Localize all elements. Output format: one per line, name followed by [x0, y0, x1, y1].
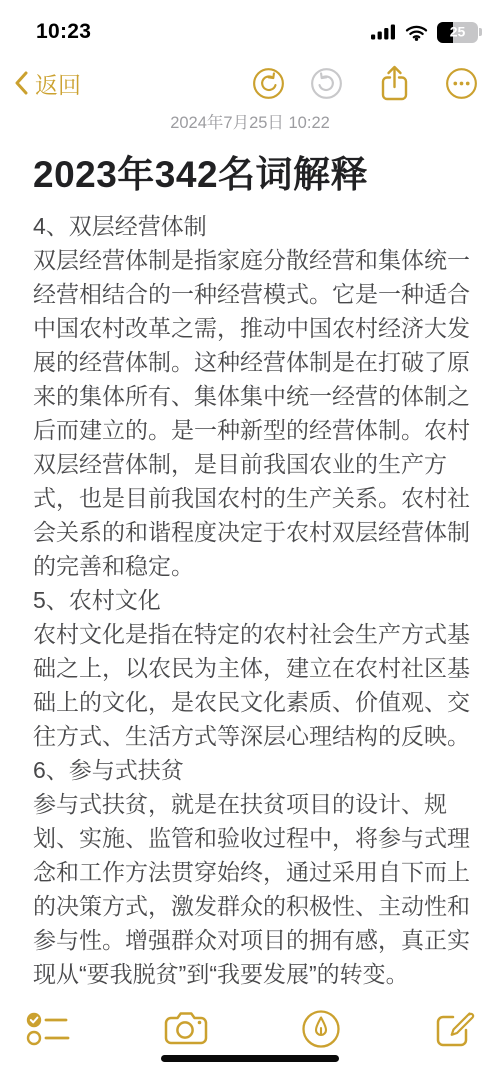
- section-heading[interactable]: 6、参与式扶贫: [33, 753, 470, 787]
- checklist-icon[interactable]: [25, 1009, 71, 1049]
- note-title[interactable]: 2023年342名词解释: [33, 144, 468, 198]
- markup-icon[interactable]: [300, 1008, 342, 1050]
- section-body[interactable]: 参与式扶贫，就是在扶贫项目的设计、规划、实施、监管和验收过程中，将参与式理念和工…: [33, 787, 470, 991]
- note-section: 4、双层经营体制 双层经营体制是指家庭分散经营和集体统一经营相结合的一种经营模式…: [33, 209, 470, 583]
- compose-icon[interactable]: [433, 1008, 475, 1050]
- section-heading[interactable]: 5、农村文化: [33, 583, 470, 617]
- note-editor[interactable]: 4、双层经营体制 双层经营体制是指家庭分散经营和集体统一经营相结合的一种经营模式…: [33, 209, 470, 991]
- section-body[interactable]: 农村文化是指在特定的农村社会生产方式基础之上，以农民为主体，建立在农村社区基础上…: [33, 617, 470, 753]
- section-body[interactable]: 双层经营体制是指家庭分散经营和集体统一经营相结合的一种经营模式。它是一种适合中国…: [33, 243, 470, 583]
- battery-nub: [479, 28, 482, 36]
- redo-icon: [310, 67, 343, 100]
- battery-percent: 25: [437, 24, 478, 40]
- status-time: 10:23: [36, 20, 91, 44]
- note-date: 2024年7月25日 10:22: [0, 109, 500, 133]
- section-heading[interactable]: 4、双层经营体制: [33, 209, 470, 243]
- status-icons: 25: [371, 22, 478, 43]
- nav-bar: 返回: [0, 58, 500, 108]
- note-section: 6、参与式扶贫 参与式扶贫，就是在扶贫项目的设计、规划、实施、监管和验收过程中，…: [33, 753, 470, 991]
- note-section: 5、农村文化 农村文化是指在特定的农村社会生产方式基础之上，以农民为主体，建立在…: [33, 583, 470, 753]
- battery-icon: 25: [437, 22, 478, 43]
- back-button[interactable]: 返回: [14, 67, 81, 100]
- bottom-toolbar: [0, 1008, 500, 1050]
- back-button-label: 返回: [35, 67, 81, 100]
- more-icon[interactable]: [445, 67, 478, 100]
- camera-icon[interactable]: [162, 1010, 209, 1048]
- home-indicator[interactable]: [161, 1055, 339, 1062]
- wifi-icon: [405, 24, 428, 41]
- status-bar: 10:23 25: [0, 0, 500, 50]
- share-icon[interactable]: [379, 64, 410, 102]
- back-chevron-icon: [14, 71, 28, 95]
- cellular-signal-icon: [371, 24, 396, 40]
- undo-icon[interactable]: [252, 67, 285, 100]
- nav-actions: [252, 64, 478, 102]
